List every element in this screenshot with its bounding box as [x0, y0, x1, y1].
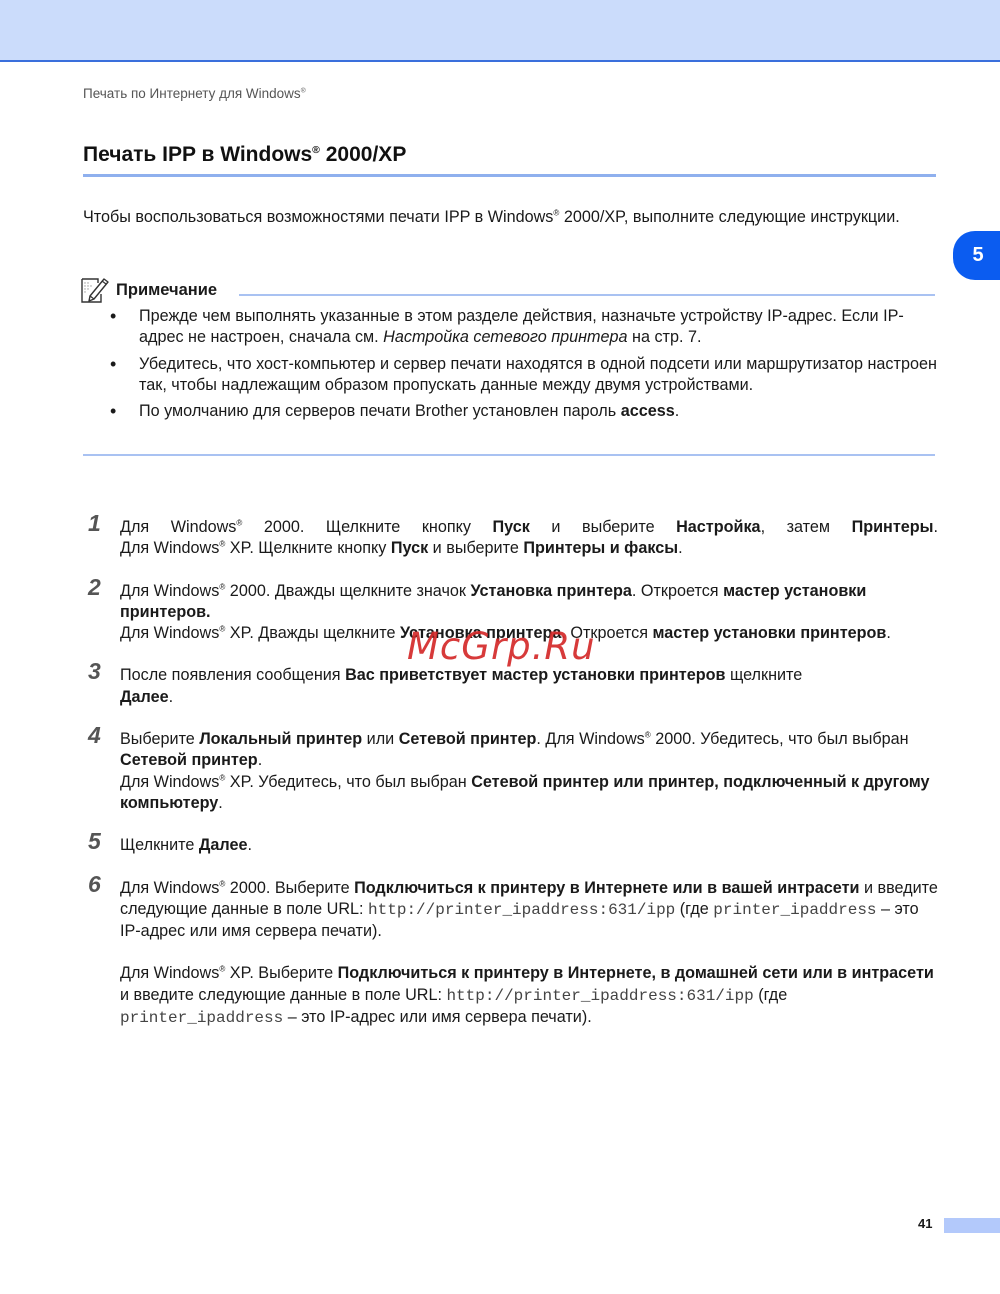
step-line: После появления сообщения Вас приветству…: [120, 665, 938, 708]
note-list: Прежде чем выполнять указанные в этом ра…: [110, 306, 940, 427]
step-text: 2000. Дважды щелкните значок: [225, 582, 470, 600]
step-text: .: [218, 794, 223, 812]
step-5: 5 Щелкните Далее.: [88, 835, 938, 856]
ui-term: Далее: [199, 836, 248, 854]
steps-list: 1 Для Windows® 2000. Щелкните кнопку Пус…: [88, 517, 938, 1029]
registered-mark: ®: [301, 88, 306, 95]
code-term: printer_ipaddress: [120, 1009, 283, 1027]
step-text: 2000. Выберите: [225, 879, 354, 897]
cross-reference: Настройка сетевого принтера: [383, 328, 627, 346]
note-item: По умолчанию для серверов печати Brother…: [110, 401, 940, 422]
step-text: 2000. Убедитесь, что был выбран: [651, 730, 909, 748]
step-paragraph: Для Windows® XP. Выберите Подключиться к…: [120, 963, 938, 1029]
note-divider-top: [239, 294, 935, 296]
title-underline: [83, 174, 936, 177]
intro-paragraph: Чтобы воспользоваться возможностями печа…: [83, 206, 933, 228]
chapter-tab: 5: [953, 231, 1000, 280]
step-number: 3: [88, 661, 101, 682]
step-number: 1: [88, 513, 101, 534]
step-text: (где: [675, 900, 713, 918]
ui-term: Установка принтера: [470, 582, 631, 600]
step-text: Для Windows: [120, 964, 219, 982]
step-text: – это IP-адрес или имя сервера печати).: [283, 1008, 592, 1026]
step-paragraph: Для Windows® 2000. Выберите Подключиться…: [120, 878, 938, 943]
step-text: .: [248, 836, 253, 854]
ui-term: Сетевой принтер: [399, 730, 537, 748]
page-number: 41: [918, 1216, 932, 1231]
step-line: Для Windows® XP. Убедитесь, что был выбр…: [120, 772, 938, 815]
step-number: 6: [88, 874, 101, 895]
ui-term: мастер установки принтеров: [653, 624, 887, 642]
section-title: Печать IPP в Windows® 2000/XP: [83, 143, 406, 167]
step-line: Для Windows® 2000. Щелкните кнопку Пуск …: [120, 517, 938, 538]
ui-term: Подключиться к принтеру в Интернете или …: [354, 879, 859, 897]
step-text: Для Windows: [120, 879, 219, 897]
running-header: Печать по Интернету для Windows®: [83, 86, 306, 101]
step-1: 1 Для Windows® 2000. Щелкните кнопку Пус…: [88, 517, 938, 560]
ui-term: Настройка: [676, 518, 760, 536]
registered-mark: ®: [312, 144, 320, 156]
top-header-band: [0, 0, 1000, 62]
step-text: Для Windows: [120, 624, 219, 642]
step-4: 4 Выберите Локальный принтер или Сетевой…: [88, 729, 938, 814]
intro-text: Чтобы воспользоваться возможностями печа…: [83, 208, 553, 226]
step-text: XP. Дважды щелкните: [225, 624, 400, 642]
note-text: на стр. 7.: [628, 328, 702, 346]
running-header-text: Печать по Интернету для Windows: [83, 86, 301, 101]
note-item: Прежде чем выполнять указанные в этом ра…: [110, 306, 940, 349]
step-6: 6 Для Windows® 2000. Выберите Подключить…: [88, 878, 938, 1030]
intro-text-end: 2000/XP, выполните следующие инструкции.: [559, 208, 899, 226]
step-text: XP. Убедитесь, что был выбран: [225, 773, 471, 791]
step-text: . Для Windows: [536, 730, 644, 748]
step-text: .: [678, 539, 683, 557]
note-text: .: [675, 402, 680, 420]
step-text: , затем: [761, 518, 852, 536]
step-number: 4: [88, 725, 101, 746]
step-text: Для Windows: [120, 773, 219, 791]
step-text: Для Windows: [120, 582, 219, 600]
step-text: 2000. Щелкните кнопку: [242, 518, 492, 536]
note-label: Примечание: [116, 281, 217, 300]
step-text: . Откроется: [632, 582, 723, 600]
step-line: Выберите Локальный принтер или Сетевой п…: [120, 729, 938, 772]
step-number: 2: [88, 577, 101, 598]
ui-term: Сетевой принтер: [120, 751, 258, 769]
note-divider-bottom: [83, 454, 935, 456]
step-number: 5: [88, 831, 101, 852]
step-text: .: [886, 624, 891, 642]
ui-term: Локальный принтер: [199, 730, 362, 748]
note-pencil-icon: [80, 276, 110, 304]
url-value: http://printer_ipaddress:631/ipp: [368, 901, 675, 919]
step-text: и введите следующие данные в поле URL:: [120, 986, 446, 1004]
ui-term: Принтеры и факсы: [523, 539, 678, 557]
password-value: access: [621, 402, 675, 420]
step-text: .: [258, 751, 263, 769]
note-text: Убедитесь, что хост-компьютер и сервер п…: [139, 355, 937, 394]
ui-term: Вас приветствует мастер установки принте…: [345, 666, 725, 684]
step-text: .: [933, 518, 938, 536]
ui-term: Далее: [120, 688, 169, 706]
ui-term: Подключиться к принтеру в Интернете, в д…: [338, 964, 934, 982]
step-line: Для Windows® 2000. Дважды щелкните значо…: [120, 581, 938, 624]
code-term: printer_ipaddress: [713, 901, 876, 919]
step-text: XP. Щелкните кнопку: [225, 539, 391, 557]
step-text: и выберите: [530, 518, 676, 536]
note-item: Убедитесь, что хост-компьютер и сервер п…: [110, 354, 940, 397]
step-text: щелкните: [725, 666, 802, 684]
step-text: Для Windows: [120, 539, 219, 557]
note-text: По умолчанию для серверов печати Brother…: [139, 402, 621, 420]
watermark: McGrp.Ru: [407, 625, 596, 668]
step-text: XP. Выберите: [225, 964, 337, 982]
step-text: Для Windows: [120, 518, 236, 536]
step-text: Щелкните: [120, 836, 199, 854]
ui-term: Принтеры: [852, 518, 934, 536]
ui-term: Пуск: [391, 539, 428, 557]
step-text: .: [169, 688, 174, 706]
page-footer-band: [944, 1218, 1000, 1233]
step-line: Щелкните Далее.: [120, 835, 938, 856]
step-text: (где: [754, 986, 788, 1004]
step-text: и выберите: [428, 539, 523, 557]
section-title-suffix: 2000/XP: [320, 143, 406, 166]
step-text: После появления сообщения: [120, 666, 345, 684]
step-line: Для Windows® XP. Щелкните кнопку Пуск и …: [120, 538, 938, 559]
step-3: 3 После появления сообщения Вас приветст…: [88, 665, 938, 708]
step-text: Выберите: [120, 730, 199, 748]
url-value: http://printer_ipaddress:631/ipp: [446, 987, 753, 1005]
step-text: или: [362, 730, 399, 748]
section-title-text: Печать IPP в Windows: [83, 143, 312, 166]
ui-term: Пуск: [493, 518, 530, 536]
